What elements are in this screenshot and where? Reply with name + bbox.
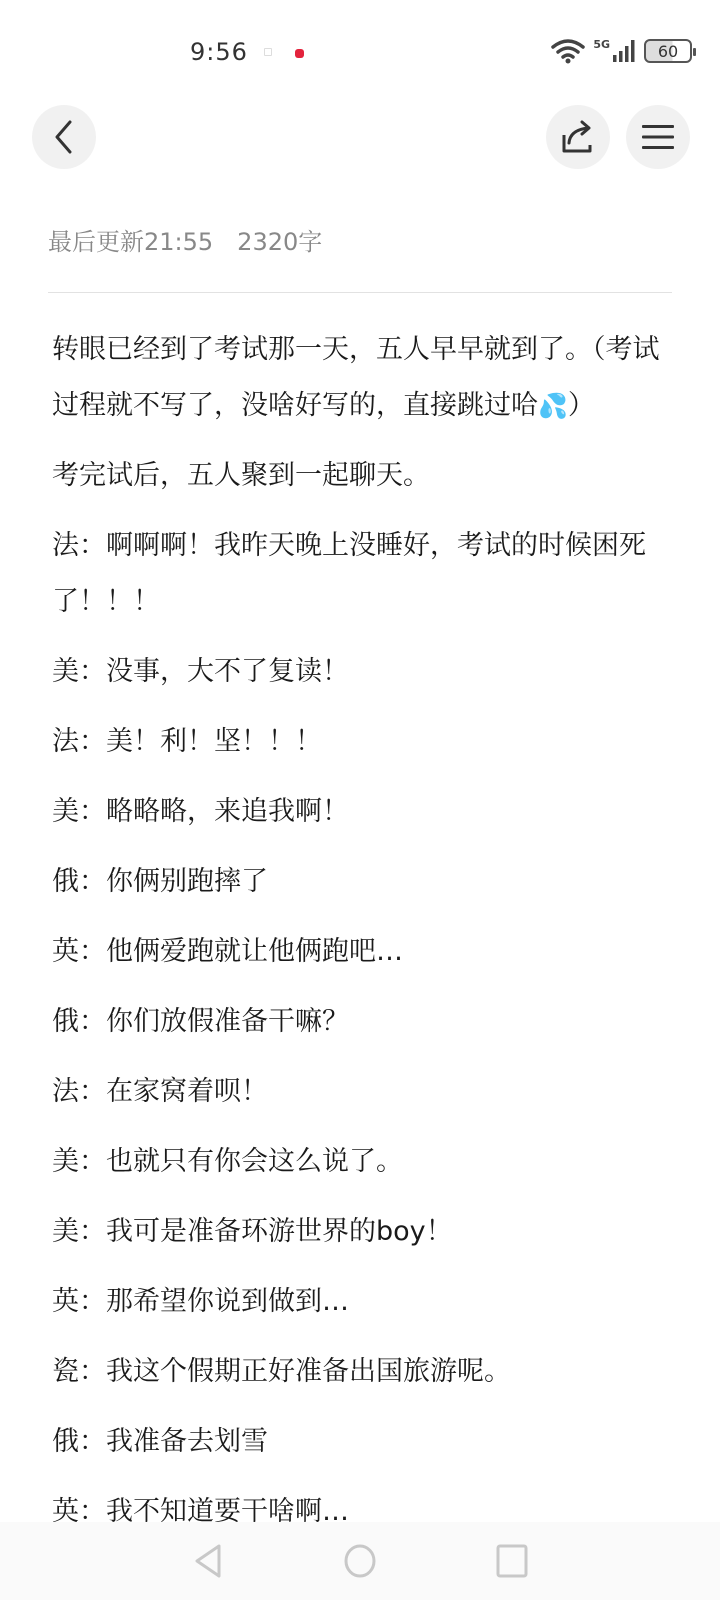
circle-home-icon bbox=[342, 1543, 378, 1579]
recording-indicator-icon bbox=[295, 49, 304, 58]
paragraph: 美：没事，大不了复读！ bbox=[52, 644, 672, 700]
paragraph: 美：略略略，来追我啊！ bbox=[52, 784, 672, 840]
paragraph: 转眼已经到了考试那一天，五人早早就到了。（考试过程就不写了，没啥好写的，直接跳过… bbox=[52, 322, 672, 434]
wifi-icon bbox=[551, 38, 585, 64]
back-button[interactable] bbox=[32, 105, 96, 169]
network-type: 5G bbox=[593, 38, 610, 51]
last-updated: 最后更新21:55 bbox=[48, 222, 213, 257]
divider bbox=[48, 292, 672, 293]
sweat-droplets-icon: 💦 bbox=[538, 378, 568, 434]
paragraph: 法：美！利！坚！！！ bbox=[52, 714, 672, 770]
menu-button[interactable] bbox=[626, 105, 690, 169]
paragraph: 瓷：我这个假期正好准备出国旅游呢。 bbox=[52, 1344, 672, 1400]
paragraph: 英：他俩爱跑就让他俩跑吧… bbox=[52, 924, 672, 980]
top-toolbar bbox=[0, 105, 720, 169]
paragraph: 俄：我准备去划雪 bbox=[52, 1414, 672, 1470]
paragraph: 俄：你们放假准备干嘛？ bbox=[52, 994, 672, 1050]
triangle-back-icon bbox=[193, 1543, 223, 1579]
system-recents-button[interactable] bbox=[490, 1539, 534, 1583]
hamburger-menu-icon bbox=[641, 123, 675, 151]
square-recents-icon bbox=[495, 1543, 529, 1579]
paragraph: 法：啊啊啊！我昨天晚上没睡好，考试的时候困死了！！！ bbox=[52, 518, 672, 630]
notification-icon bbox=[264, 48, 272, 56]
paragraph: 俄：你俩别跑摔了 bbox=[52, 854, 672, 910]
chapter-content: 转眼已经到了考试那一天，五人早早就到了。（考试过程就不写了，没啥好写的，直接跳过… bbox=[52, 322, 672, 1554]
system-back-button[interactable] bbox=[186, 1539, 230, 1583]
battery-icon: 60 bbox=[644, 39, 692, 63]
paragraph: 美：我可是准备环游世界的boy！ bbox=[52, 1204, 672, 1260]
paragraph: 英：那希望你说到做到… bbox=[52, 1274, 672, 1330]
battery-level: 60 bbox=[658, 42, 678, 61]
paragraph: 考完试后，五人聚到一起聊天。 bbox=[52, 448, 672, 504]
status-icons: 5G 60 bbox=[551, 38, 692, 64]
word-count: 2320字 bbox=[237, 222, 322, 257]
system-nav-bar bbox=[0, 1522, 720, 1600]
signal-icon bbox=[612, 39, 636, 63]
status-bar: 9:56 5G 60 bbox=[0, 0, 720, 100]
chapter-meta: 最后更新21:55 2320字 bbox=[48, 222, 322, 257]
status-time: 9:56 bbox=[190, 38, 248, 66]
system-home-button[interactable] bbox=[338, 1539, 382, 1583]
share-button[interactable] bbox=[546, 105, 610, 169]
paragraph: 美：也就只有你会这么说了。 bbox=[52, 1134, 672, 1190]
share-icon bbox=[560, 119, 596, 155]
paragraph: 法：在家窝着呗！ bbox=[52, 1064, 672, 1120]
chevron-left-icon bbox=[50, 119, 78, 155]
